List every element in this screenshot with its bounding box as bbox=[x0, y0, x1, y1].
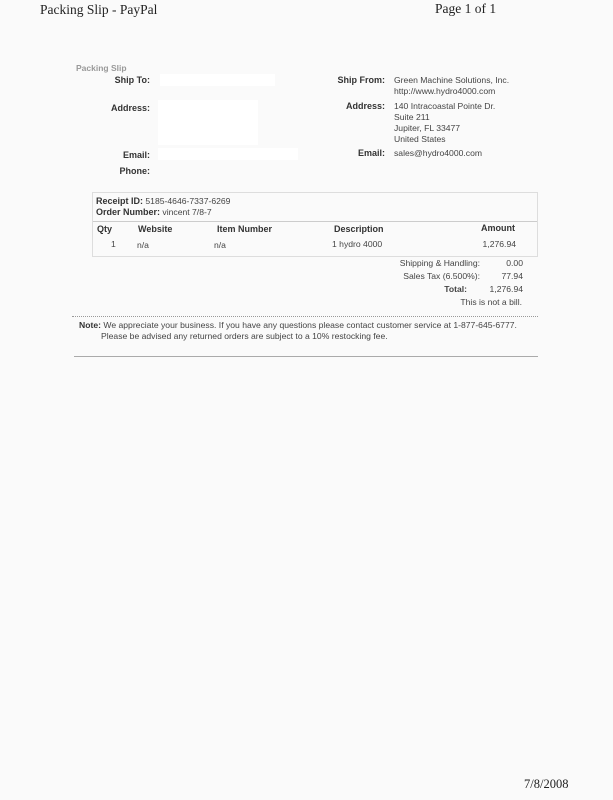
ship-from-address-line-2: Suite 211 bbox=[394, 112, 430, 123]
receipt-id: Receipt ID: 5185-4646-7337-6269 bbox=[96, 196, 230, 206]
item-amount: 1,276.94 bbox=[440, 239, 516, 249]
column-header-amount: Amount bbox=[440, 223, 515, 233]
ship-from-label: Ship From: bbox=[320, 75, 385, 85]
total-value: 1,276.94 bbox=[470, 284, 523, 294]
column-header-qty: Qty bbox=[97, 224, 112, 234]
redacted-ship-to-name bbox=[160, 74, 275, 86]
redacted-ship-to-email bbox=[158, 148, 298, 160]
item-qty: 1 bbox=[111, 239, 116, 249]
note: Note: We appreciate your business. If yo… bbox=[79, 320, 521, 342]
ship-from-address-label: Address: bbox=[320, 101, 385, 111]
order-header-divider bbox=[93, 221, 537, 222]
page-number: Page 1 of 1 bbox=[435, 1, 496, 17]
order-number-value: vincent 7/8-7 bbox=[162, 207, 211, 217]
note-text: We appreciate your business. If you have… bbox=[101, 320, 517, 341]
not-a-bill-notice: This is not a bill. bbox=[400, 297, 522, 307]
ship-from-website[interactable]: http://www.hydro4000.com bbox=[394, 86, 495, 97]
order-number-label: Order Number: bbox=[96, 207, 160, 217]
column-header-item-number: Item Number bbox=[217, 224, 272, 234]
receipt-id-label: Receipt ID: bbox=[96, 196, 143, 206]
column-header-description: Description bbox=[334, 224, 384, 234]
item-number: n/a bbox=[214, 240, 226, 250]
ship-from-email[interactable]: sales@hydro4000.com bbox=[394, 148, 482, 159]
total-label: Total: bbox=[380, 284, 467, 294]
dotted-divider bbox=[72, 316, 538, 317]
email-label: Email: bbox=[80, 150, 150, 160]
ship-from-company: Green Machine Solutions, Inc. bbox=[394, 75, 509, 86]
receipt-id-value: 5185-4646-7337-6269 bbox=[145, 196, 230, 206]
ship-to-label: Ship To: bbox=[80, 75, 150, 85]
address-label: Address: bbox=[80, 103, 150, 113]
phone-label: Phone: bbox=[80, 166, 150, 176]
ship-from-address-line-4: United States bbox=[394, 134, 446, 145]
ship-from-email-label: Email: bbox=[320, 148, 385, 158]
document-title: Packing Slip - PayPal bbox=[40, 2, 157, 18]
tax-label: Sales Tax (6.500%): bbox=[380, 271, 480, 281]
tax-value: 77.94 bbox=[480, 271, 523, 281]
item-description: 1 hydro 4000 bbox=[332, 239, 382, 249]
ship-from-address-line-1: 140 Intracoastal Pointe Dr. bbox=[394, 101, 495, 112]
order-number: Order Number: vincent 7/8-7 bbox=[96, 207, 212, 217]
packing-slip-label: Packing Slip bbox=[76, 63, 127, 73]
column-header-website: Website bbox=[138, 224, 172, 234]
bottom-divider bbox=[74, 356, 538, 357]
print-date: 7/8/2008 bbox=[524, 777, 568, 792]
note-label: Note: bbox=[79, 320, 101, 330]
item-website: n/a bbox=[137, 240, 149, 250]
ship-from-address-line-3: Jupiter, FL 33477 bbox=[394, 123, 460, 134]
redacted-ship-to-address bbox=[158, 100, 258, 145]
shipping-label: Shipping & Handling: bbox=[380, 258, 480, 268]
shipping-value: 0.00 bbox=[480, 258, 523, 268]
